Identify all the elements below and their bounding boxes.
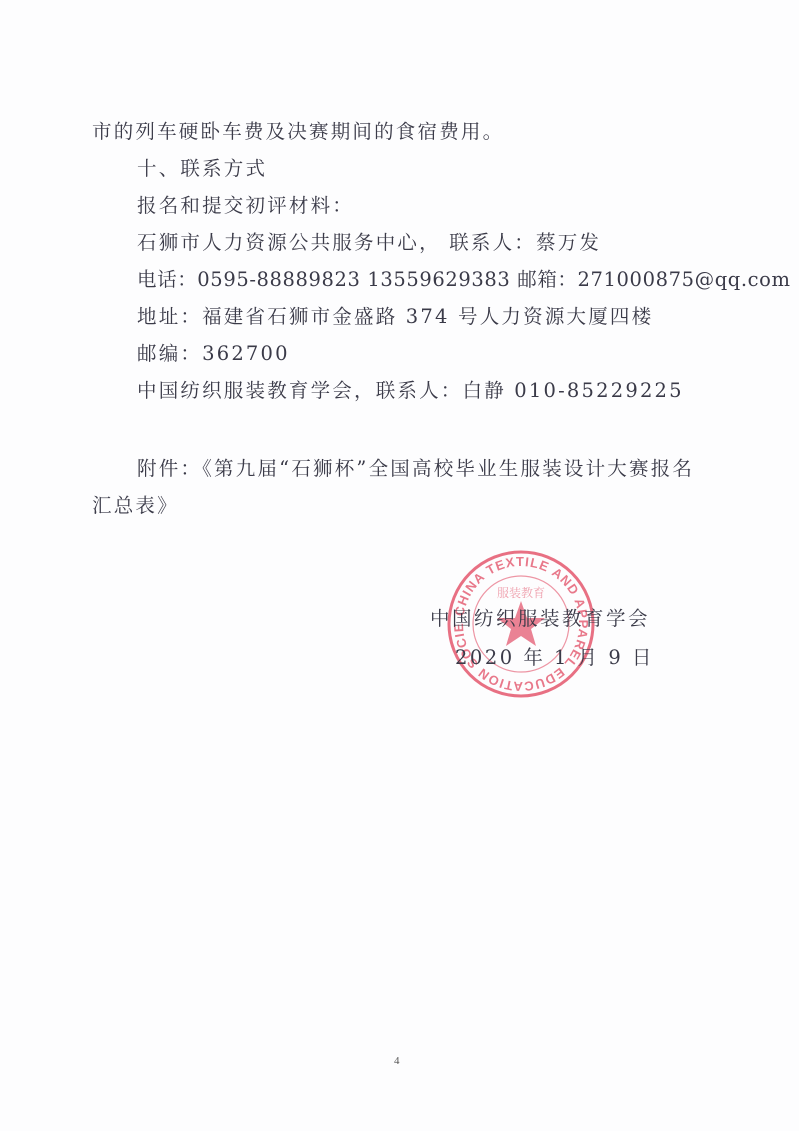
- registration-label: 报名和提交初评材料：: [137, 194, 354, 218]
- signature-date: 2020 年 1 月 9 日: [455, 642, 654, 670]
- contact-org-2: 中国纺织服装教育学会，联系人：白静 010-85229225: [137, 379, 684, 403]
- contact-address: 地址：福建省石狮市金盛路 374 号人力资源大厦四楼: [137, 305, 653, 329]
- section-heading-contact: 十、联系方式: [137, 157, 267, 181]
- svg-text:服装教育: 服装教育: [497, 585, 545, 600]
- contact-phone-email: 电话：0595-88889823 13559629383 邮箱：27100087…: [137, 268, 791, 292]
- contact-org-1: 石狮市人力资源公共服务中心， 联系人：蔡万发: [137, 231, 601, 255]
- attachment-line-2: 汇总表》: [92, 494, 179, 518]
- attachment-line-1: 附件：《第九届“石狮杯”全国高校毕业生服装设计大赛报名: [137, 457, 694, 481]
- paragraph-continuation: 市的列车硬卧车费及决赛期间的食宿费用。: [92, 120, 504, 144]
- contact-postcode: 邮编：362700: [137, 342, 290, 366]
- page-number: 4: [394, 1055, 400, 1067]
- signature-organization: 中国纺织服装教育学会: [430, 603, 650, 631]
